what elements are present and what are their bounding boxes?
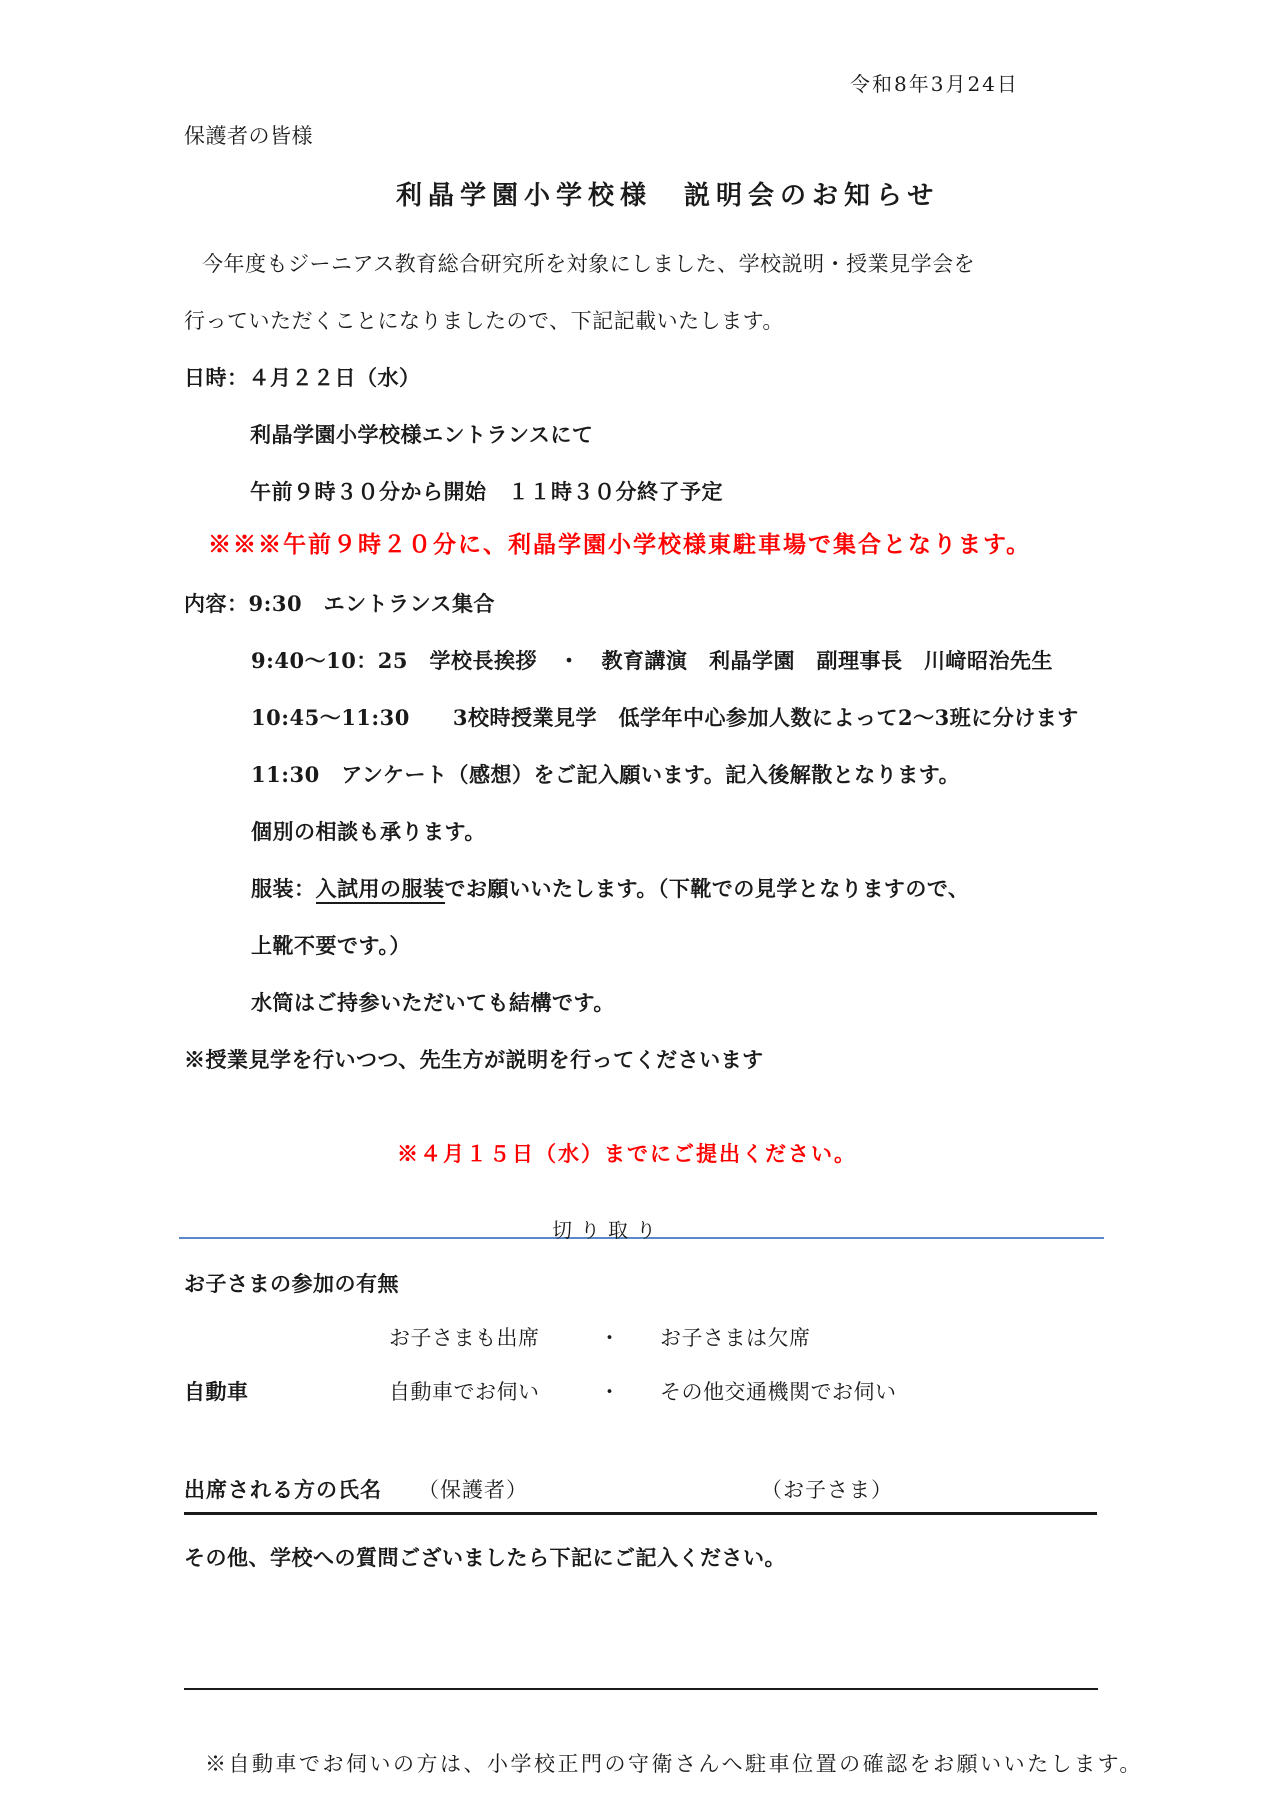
intro-line-1: 今年度もジーニアス教育総合研究所を対象にしました、学校説明・授業見学会を (202, 248, 975, 280)
option-separator: ・ (599, 1322, 621, 1354)
child-attendance-row: お子さまも出席 ・ お子さまは欠席 (0, 1322, 1272, 1354)
question-prompt: その他、学校への質問ございましたら下記にご記入ください。 (184, 1542, 786, 1574)
document-page: 令和8年3月24日 保護者の皆様 利晶学園小学校様 説明会のお知らせ 今年度もジ… (0, 0, 1272, 1800)
attendee-name-label: 出席される方の氏名 (184, 1474, 382, 1506)
guardian-label: （保護者） (418, 1474, 528, 1506)
datetime-line: 日時：４月２２日（水） (184, 362, 421, 394)
option-car-attend: 自動車でお伺い (389, 1376, 540, 1408)
doc-title: 利晶学園小学校様 説明会のお知らせ (396, 180, 939, 212)
option-separator-2: ・ (599, 1376, 621, 1408)
time-line: 午前９時３０分から開始 １１時３０分終了予定 (250, 476, 723, 508)
schedule-header: 内容：9:30 エントランス集合 (184, 588, 495, 620)
attendee-name-line: 出席される方の氏名 （保護者） （お子さま） (184, 1474, 1097, 1515)
transport-row-label: 自動車 (184, 1376, 249, 1408)
option-car-other: その他交通機関でお伺い (660, 1376, 897, 1408)
dress-prefix: 服装： (251, 876, 316, 901)
option-child-absent: お子さまは欠席 (660, 1322, 811, 1354)
cut-line-section: 切り取り (0, 1210, 1272, 1258)
option-child-attend: お子さまも出席 (389, 1322, 540, 1354)
cut-line-label: 切り取り (552, 1214, 664, 1246)
child-label: （お子さま） (761, 1474, 893, 1506)
consultation-note: 個別の相談も承ります。 (251, 816, 486, 848)
transport-row: 自動車 自動車でお伺い ・ その他交通機関でお伺い (0, 1376, 1272, 1408)
schedule-item-2: 10:45～11:30 3校時授業見学 低学年中心参加人数によって2～3班に分け… (251, 702, 1079, 734)
submission-deadline: ※４月１５日（水）までにご提出ください。 (397, 1138, 857, 1170)
venue-line: 利晶学園小学校様エントランスにて (250, 419, 593, 451)
water-bottle-note: 水筒はご持参いただいても結構です。 (251, 987, 615, 1019)
divider-line (184, 1688, 1098, 1690)
intro-line-2: 行っていただくことになりましたので、下記記載いたします。 (184, 305, 784, 337)
dress-underlined-text: 入試用の服装 (316, 876, 445, 904)
attendance-section-title: お子さまの参加の有無 (184, 1268, 399, 1300)
salutation: 保護者の皆様 (184, 120, 313, 152)
schedule-item-3: 11:30 アンケート（感想）をご記入願います。記入後解散となります。 (251, 759, 960, 791)
date-line: 令和8年3月24日 (850, 68, 1019, 100)
dress-suffix: でお願いいたします。（下靴での見学となりますので、 (445, 876, 970, 901)
parking-note: ※自動車でお伺いの方は、小学校正門の守衛さんへ駐車位置の確認をお願いいたします。 (205, 1748, 1143, 1780)
dress-code-line-2: 上靴不要です。） (251, 930, 411, 962)
meeting-warning: ※※※午前９時２０分に、利晶学園小学校様東駐車場で集合となります。 (208, 529, 1031, 561)
schedule-item-1: 9:40～10：25 学校長挨拶 ・ 教育講演 利晶学園 副理事長 川﨑昭治先生 (251, 645, 1053, 677)
tour-note: ※授業見学を行いつつ、先生方が説明を行ってくださいます (184, 1044, 764, 1076)
dress-code-line: 服装：入試用の服装でお願いいたします。（下靴での見学となりますので、 (251, 873, 969, 905)
